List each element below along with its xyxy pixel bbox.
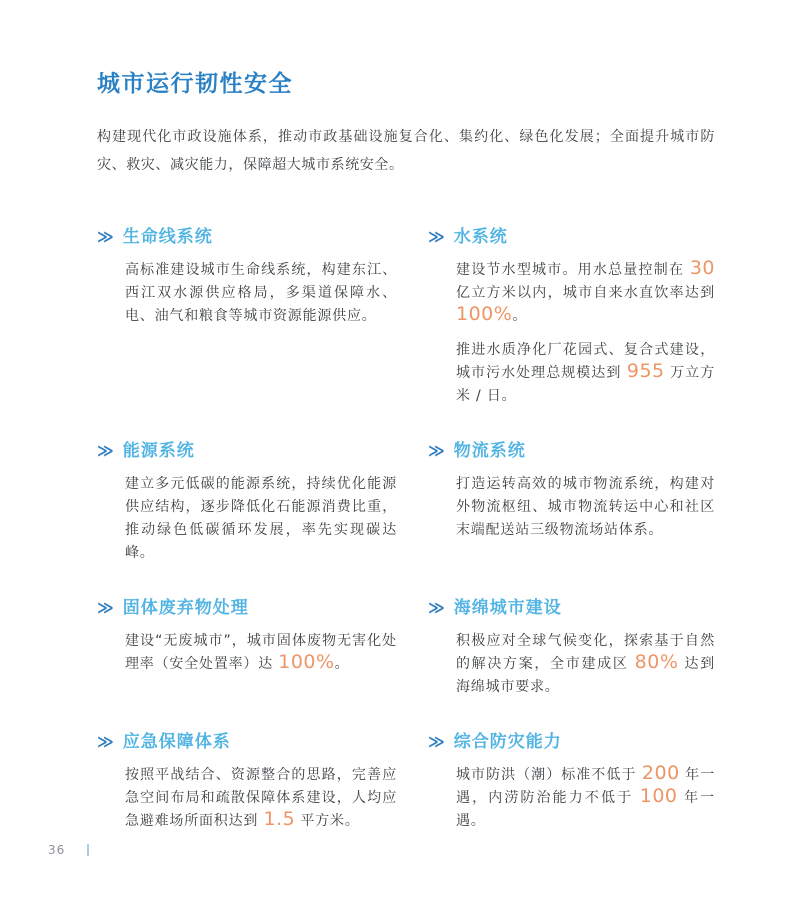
section-comprehensive-disaster-prevention: ≫综合防灾能力城市防洪（潮）标准不低于 200 年一遇，内涝防治能力不低于 10…	[428, 732, 715, 833]
highlight-value: 80%	[635, 651, 679, 673]
section-heading: ≫水系统	[428, 227, 715, 247]
section-body: 建设“无废城市”，城市固体废物无害化处理率（安全处置率）达 100%。	[125, 630, 397, 676]
page-number: 36	[48, 843, 65, 857]
section-paragraph: 建设“无废城市”，城市固体废物无害化处理率（安全处置率）达 100%。	[125, 630, 397, 676]
section-paragraph: 打造运转高效的城市物流系统，构建对外物流枢纽、城市物流转运中心和社区末端配送站三…	[456, 473, 715, 542]
section-emergency-support-system: ≫应急保障体系按照平战结合、资源整合的思路，完善应急空间布局和疏散保障体系建设，…	[97, 732, 397, 833]
text-run: 平方米。	[295, 813, 359, 829]
section-paragraph: 城市防洪（潮）标准不低于 200 年一遇，内涝防治能力不低于 100 年一遇。	[456, 764, 715, 833]
highlight-value: 955	[627, 360, 665, 382]
section-logistics-system: ≫物流系统打造运转高效的城市物流系统，构建对外物流枢纽、城市物流转运中心和社区末…	[428, 441, 715, 565]
section-title: 海绵城市建设	[454, 598, 562, 618]
text-run: 。	[512, 308, 527, 324]
section-sponge-city-construction: ≫海绵城市建设积极应对全球气候变化，探索基于自然的解决方案，全市建成区 80% …	[428, 598, 715, 699]
sections-grid: ≫生命线系统高标准建设城市生命线系统，构建东江、西江双水源供应格局，多渠道保障水…	[97, 227, 715, 833]
section-body: 按照平战结合、资源整合的思路，完善应急空间布局和疏散保障体系建设，人均应急避难场…	[125, 764, 397, 833]
section-body: 高标准建设城市生命线系统，构建东江、西江双水源供应格局，多渠道保障水、电、油气和…	[125, 259, 397, 328]
section-title: 固体废弃物处理	[123, 598, 249, 618]
footer-divider	[87, 844, 89, 856]
double-chevron-icon: ≫	[428, 227, 445, 247]
highlight-value: 100	[640, 785, 678, 807]
text-run: 城市防洪（潮）标准不低于	[456, 767, 642, 783]
text-run: 建设“无废城市”，城市固体废物无害化处理率（安全处置率）达	[125, 633, 397, 672]
section-lifeline-system: ≫生命线系统高标准建设城市生命线系统，构建东江、西江双水源供应格局，多渠道保障水…	[97, 227, 397, 408]
highlight-value: 200	[642, 762, 680, 784]
intro-paragraph: 构建现代化市政设施体系，推动市政基础设施复合化、集约化、绿色化发展；全面提升城市…	[97, 123, 715, 179]
section-title: 应急保障体系	[123, 732, 231, 752]
text-run: 亿立方米以内，城市自来水直饮率达到	[456, 285, 715, 301]
section-paragraph: 推进水质净化厂花园式、复合式建设，城市污水处理总规模达到 955 万立方米 / …	[456, 339, 715, 408]
section-energy-system: ≫能源系统建立多元低碳的能源系统，持续优化能源供应结构，逐步降低化石能源消费比重…	[97, 441, 397, 565]
section-heading: ≫应急保障体系	[97, 732, 397, 752]
highlight-value: 100%	[456, 303, 512, 325]
section-body: 建立多元低碳的能源系统，持续优化能源供应结构，逐步降低化石能源消费比重，推动绿色…	[125, 473, 397, 565]
document-page: 城市运行韧性安全 构建现代化市政设施体系，推动市政基础设施复合化、集约化、绿色化…	[0, 0, 800, 833]
section-paragraph: 建设节水型城市。用水总量控制在 30 亿立方米以内，城市自来水直饮率达到 100…	[456, 259, 715, 328]
page-footer: 36	[48, 843, 89, 857]
section-body: 城市防洪（潮）标准不低于 200 年一遇，内涝防治能力不低于 100 年一遇。	[456, 764, 715, 833]
section-title: 能源系统	[123, 441, 195, 461]
double-chevron-icon: ≫	[97, 732, 114, 752]
text-run: 高标准建设城市生命线系统，构建东江、西江双水源供应格局，多渠道保障水、电、油气和…	[125, 262, 397, 324]
section-heading: ≫海绵城市建设	[428, 598, 715, 618]
text-run: 建立多元低碳的能源系统，持续优化能源供应结构，逐步降低化石能源消费比重，推动绿色…	[125, 476, 397, 561]
section-title: 物流系统	[454, 441, 526, 461]
double-chevron-icon: ≫	[97, 441, 114, 461]
section-paragraph: 积极应对全球气候变化，探索基于自然的解决方案，全市建成区 80% 达到海绵城市要…	[456, 630, 715, 699]
section-title: 生命线系统	[123, 227, 213, 247]
double-chevron-icon: ≫	[428, 732, 445, 752]
section-heading: ≫固体废弃物处理	[97, 598, 397, 618]
double-chevron-icon: ≫	[97, 227, 114, 247]
section-heading: ≫生命线系统	[97, 227, 397, 247]
double-chevron-icon: ≫	[428, 598, 445, 618]
section-body: 建设节水型城市。用水总量控制在 30 亿立方米以内，城市自来水直饮率达到 100…	[456, 259, 715, 408]
section-water-system: ≫水系统建设节水型城市。用水总量控制在 30 亿立方米以内，城市自来水直饮率达到…	[428, 227, 715, 408]
highlight-value: 100%	[278, 651, 334, 673]
section-paragraph: 按照平战结合、资源整合的思路，完善应急空间布局和疏散保障体系建设，人均应急避难场…	[125, 764, 397, 833]
section-body: 打造运转高效的城市物流系统，构建对外物流枢纽、城市物流转运中心和社区末端配送站三…	[456, 473, 715, 542]
text-run: 打造运转高效的城市物流系统，构建对外物流枢纽、城市物流转运中心和社区末端配送站三…	[456, 476, 715, 538]
double-chevron-icon: ≫	[97, 598, 114, 618]
section-title: 水系统	[454, 227, 508, 247]
highlight-value: 1.5	[263, 808, 295, 830]
section-body: 积极应对全球气候变化，探索基于自然的解决方案，全市建成区 80% 达到海绵城市要…	[456, 630, 715, 699]
double-chevron-icon: ≫	[428, 441, 445, 461]
section-paragraph: 高标准建设城市生命线系统，构建东江、西江双水源供应格局，多渠道保障水、电、油气和…	[125, 259, 397, 328]
section-title: 综合防灾能力	[454, 732, 562, 752]
section-heading: ≫能源系统	[97, 441, 397, 461]
section-heading: ≫物流系统	[428, 441, 715, 461]
text-run: 。	[335, 656, 350, 672]
section-solid-waste-treatment: ≫固体废弃物处理建设“无废城市”，城市固体废物无害化处理率（安全处置率）达 10…	[97, 598, 397, 699]
text-run: 建设节水型城市。用水总量控制在	[456, 262, 690, 278]
section-paragraph: 建立多元低碳的能源系统，持续优化能源供应结构，逐步降低化石能源消费比重，推动绿色…	[125, 473, 397, 565]
page-title: 城市运行韧性安全	[97, 70, 715, 99]
highlight-value: 30	[690, 257, 715, 279]
section-heading: ≫综合防灾能力	[428, 732, 715, 752]
